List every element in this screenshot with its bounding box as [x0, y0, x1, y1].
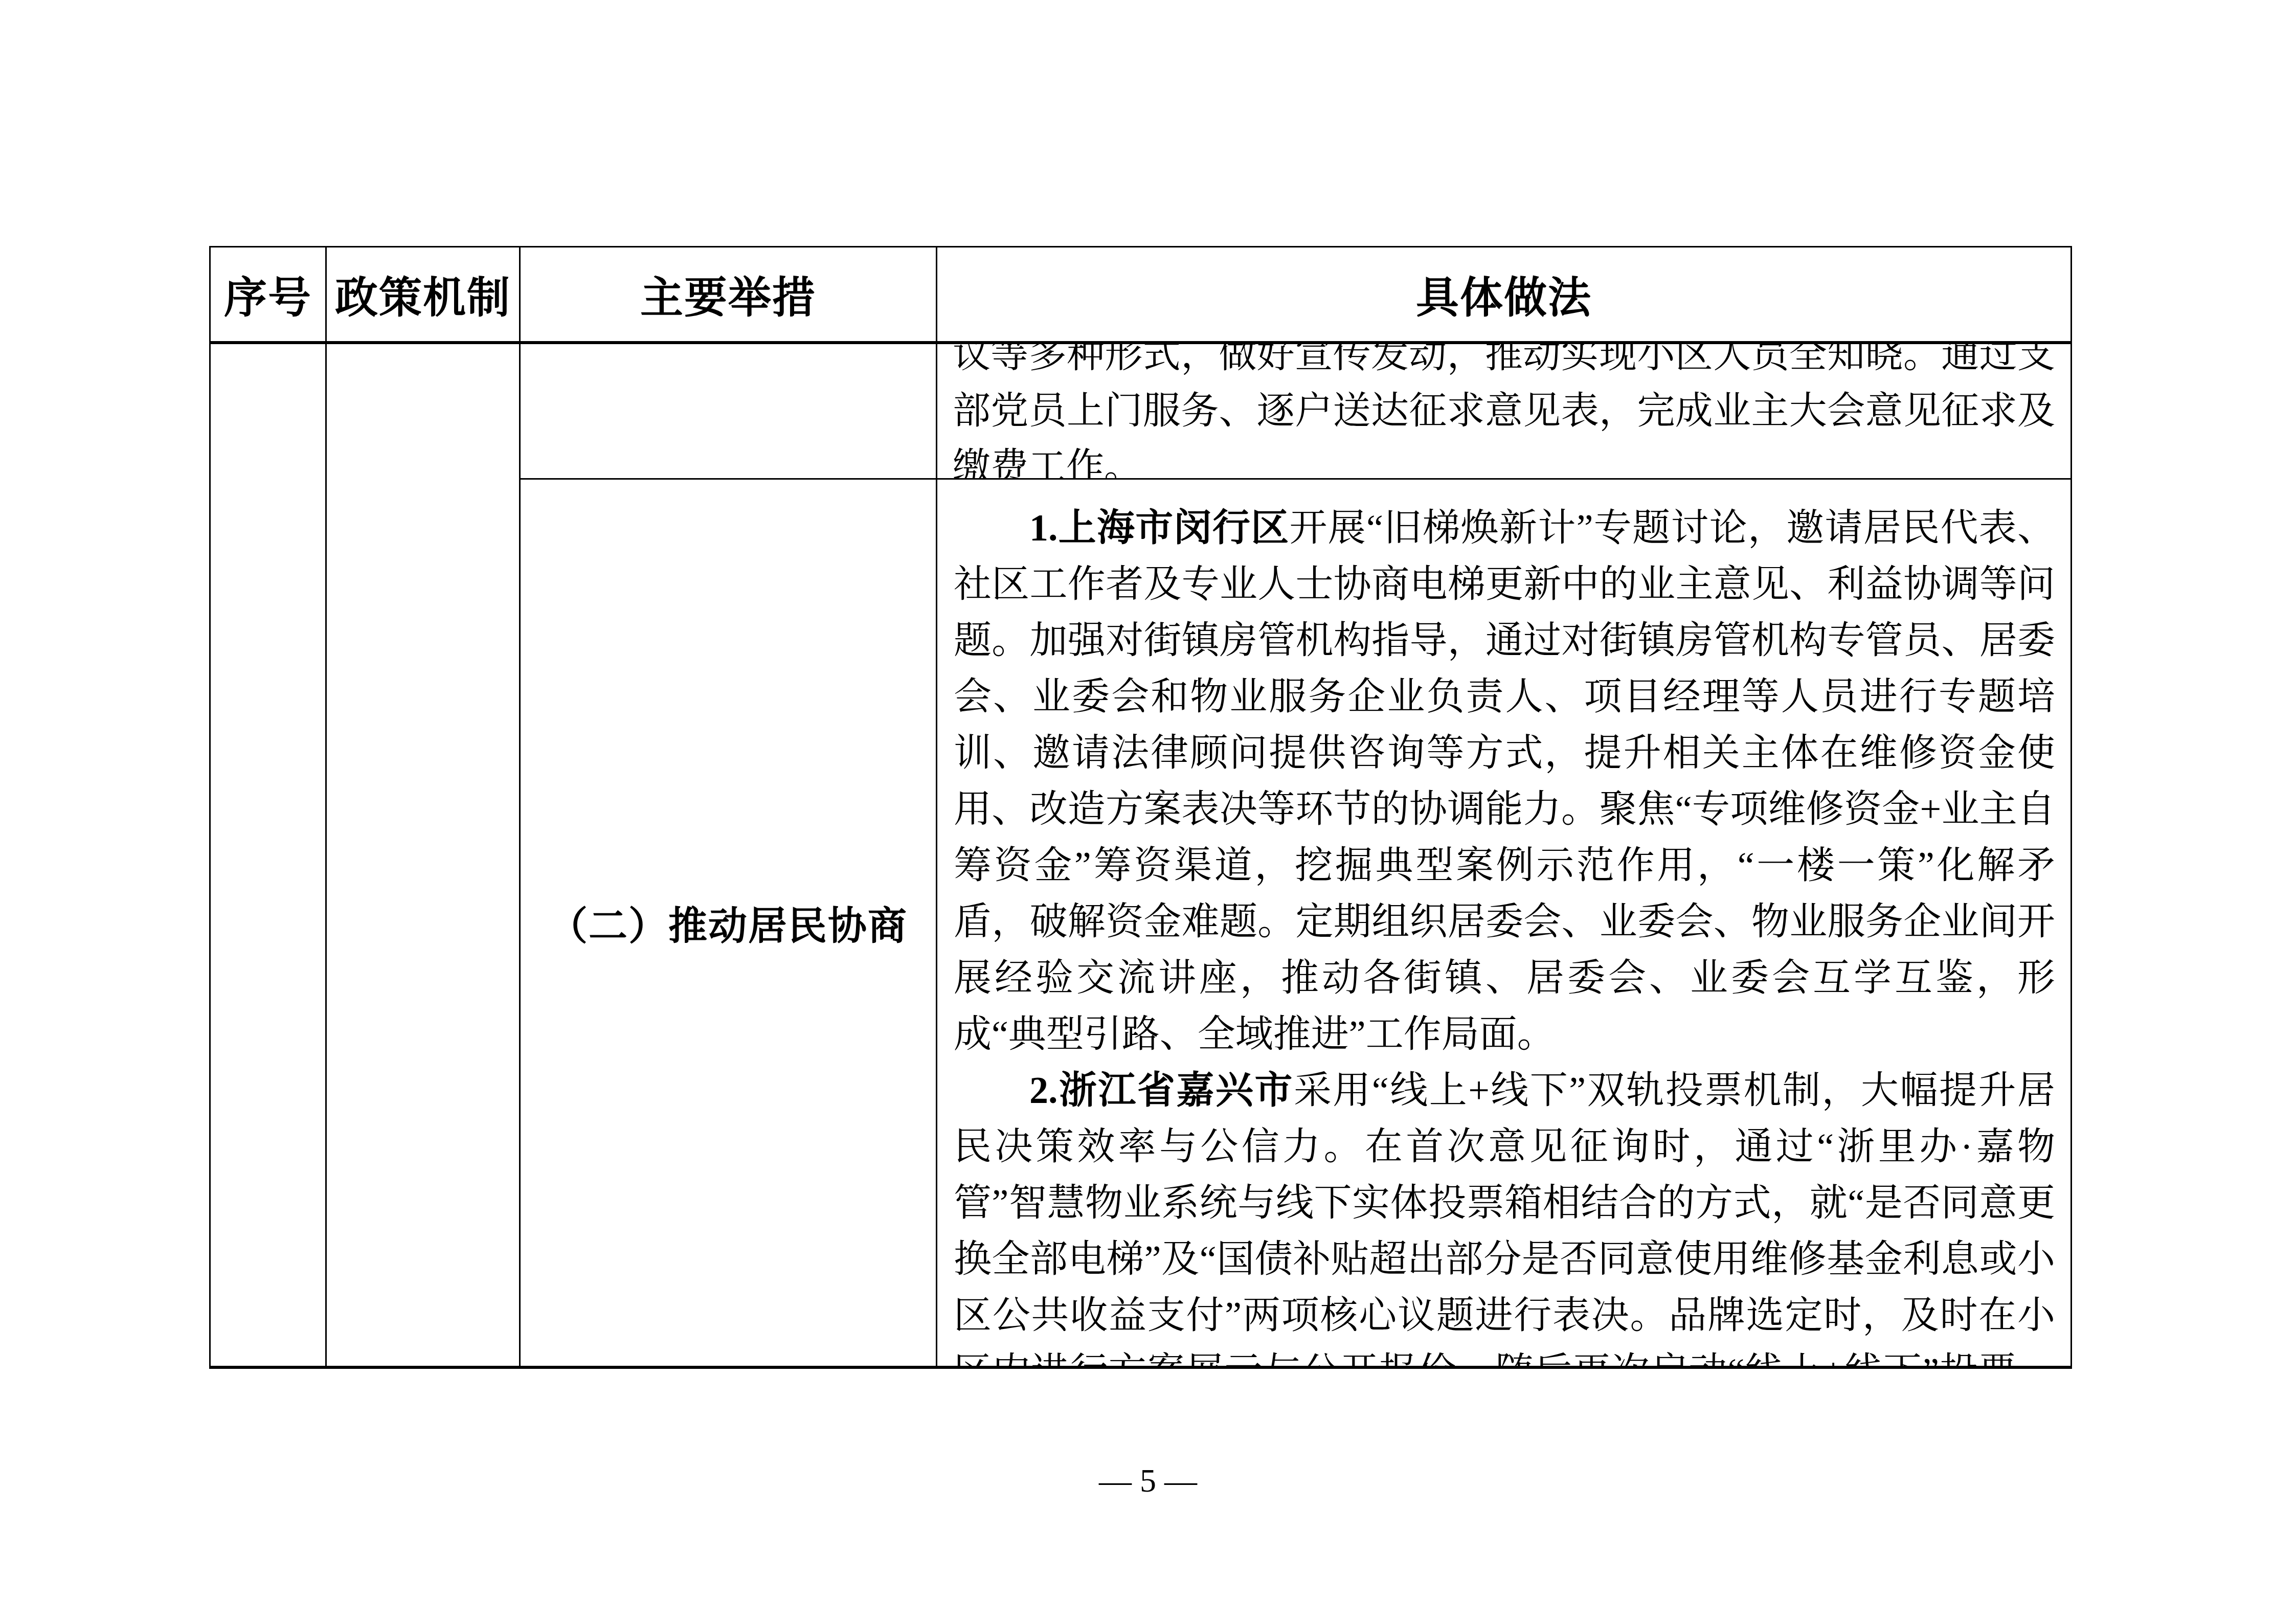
header-label: 政策机制 [335, 263, 511, 325]
header-label: 具体做法 [1416, 263, 1592, 325]
document-page: { "table": { "headers": [ { "label": "序号… [0, 0, 2296, 1623]
table-cell-detail-row2: 1.上海市闵行区开展“旧梯焕新计”专题讨论，邀请居民代表、社区工作者及专业人士协… [937, 480, 2070, 1366]
table-header-juti-zuofa: 具体做法 [937, 247, 2070, 344]
paragraph: 2.浙江省嘉兴市采用“线上+线下”双轨投票机制，大幅提升居民决策效率与公信力。在… [954, 1063, 2055, 1366]
paragraph: 议等多种形式，做好宣传发动，推动实现小区人员全知晓。通过支部党员上门服务、逐户送… [953, 344, 2055, 480]
table-header-zhuyao-jucuo: 主要举措 [521, 247, 937, 344]
header-label: 主要举措 [640, 263, 816, 325]
table-cell-xuhao-body [211, 344, 327, 1366]
page-number-footer: — 5 — [0, 1460, 2296, 1501]
policy-table: 序号 政策机制 主要举措 具体做法 议等多种形式，做好宣传发动，推动实现小区人员… [209, 246, 2072, 1369]
table-header-xuhao: 序号 [211, 247, 327, 344]
paragraph: 1.上海市闵行区开展“旧梯焕新计”专题讨论，邀请居民代表、社区工作者及专业人士协… [954, 500, 2055, 1063]
text-run: 议等多种形式，做好宣传发动，推动实现小区人员全知晓。通过支部党员上门服务、逐户送… [953, 344, 2055, 480]
table-cell-measure-row1 [521, 344, 937, 480]
table-cell-measure-row2: （二）推动居民协商 [521, 480, 937, 1366]
table-header-zhengce-jizhi: 政策机制 [327, 247, 521, 344]
text-run: 开展“旧梯焕新计”专题讨论，邀请居民代表、社区工作者及专业人士协商电梯更新中的业… [954, 507, 2055, 1055]
table-cell-zhengce-body [327, 344, 521, 1366]
bold-text-run: 1.上海市闵行区 [1029, 507, 1290, 549]
bold-text-run: 2.浙江省嘉兴市 [1029, 1070, 1294, 1112]
header-label: 序号 [224, 263, 312, 325]
text-run: 采用“线上+线下”双轨投票机制，大幅提升居民决策效率与公信力。在首次意见征询时，… [954, 1070, 2055, 1366]
measure-label: （二）推动居民协商 [549, 895, 908, 951]
table-cell-detail-row1: 议等多种形式，做好宣传发动，推动实现小区人员全知晓。通过支部党员上门服务、逐户送… [937, 344, 2070, 480]
